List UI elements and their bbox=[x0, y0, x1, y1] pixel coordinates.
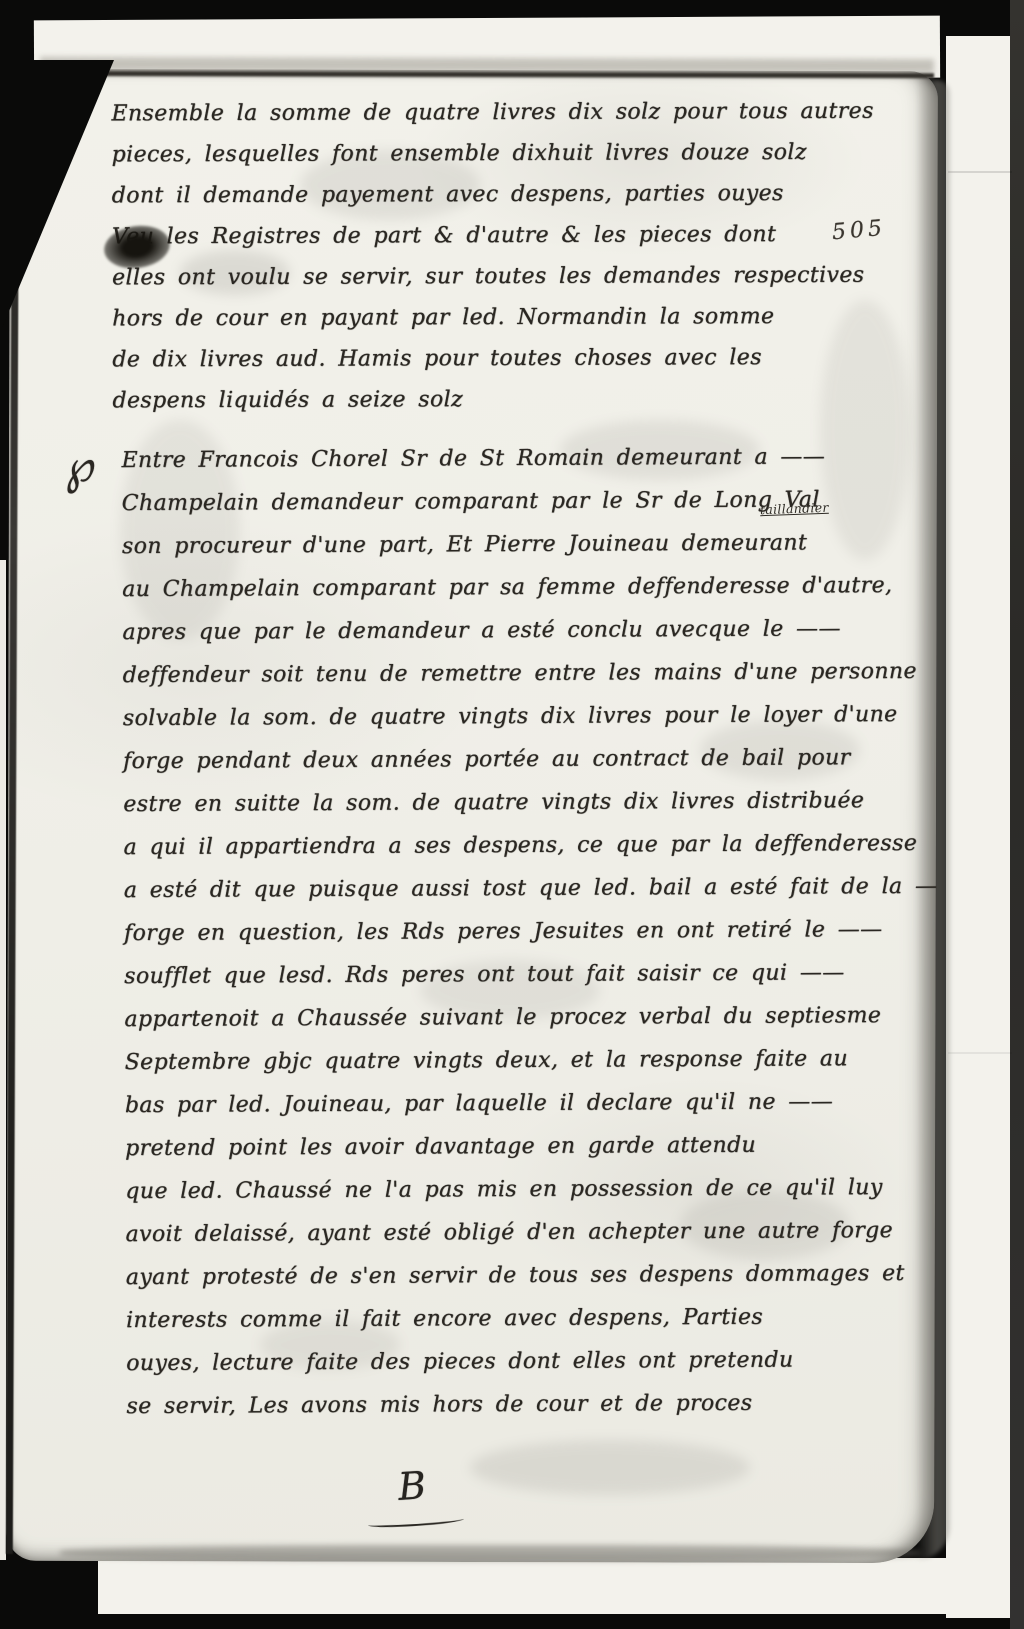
page-bottom-edge bbox=[60, 1545, 920, 1561]
manuscript-line: Entre Francois Chorel Sr de St Romain de… bbox=[121, 435, 921, 482]
manuscript-line: se servir, Les avons mis hors de cour et… bbox=[126, 1381, 926, 1428]
under-sheet-crease bbox=[948, 1052, 1012, 1054]
manuscript-line: estre en suitte la som. de quatre vingts… bbox=[123, 779, 923, 826]
scan-right-border bbox=[1010, 0, 1024, 1629]
manuscript-line: avoit delaissé, ayant esté obligé d'en a… bbox=[125, 1209, 925, 1256]
paragraph-second: Entre Francois Chorel Sr de St Romain de… bbox=[121, 435, 926, 1428]
under-sheet-right-edge bbox=[946, 36, 1012, 1618]
manuscript-line: forge pendant deux années portée au cont… bbox=[123, 736, 923, 783]
manuscript-scan: Ensemble la somme de quatre livres dix s… bbox=[0, 0, 1024, 1629]
under-sheet-left-sliver bbox=[0, 560, 6, 1560]
manuscript-line: a qui il appartiendra a ses despens, ce … bbox=[123, 822, 923, 869]
manuscript-line: interests comme il fait encore avec desp… bbox=[126, 1295, 926, 1342]
manuscript-line: que led. Chaussé ne l'a pas mis en posse… bbox=[125, 1166, 925, 1213]
under-sheet-bottom-edge bbox=[98, 1558, 1012, 1614]
manuscript-line: elles ont voulu se servir, sur toutes le… bbox=[112, 255, 912, 299]
manuscript-line: Septembre gbjc quatre vingts deux, et la… bbox=[125, 1037, 925, 1084]
folio-number: 505 bbox=[831, 216, 887, 246]
manuscript-line: apres que par le demandeur a esté conclu… bbox=[122, 607, 922, 654]
manuscript-line: Veu les Registres de part & d'autre & le… bbox=[112, 214, 912, 258]
manuscript-line: son procureur d'une part, Et Pierre Joui… bbox=[122, 521, 922, 568]
manuscript-line: ayant protesté de s'en servir de tous se… bbox=[126, 1252, 926, 1299]
manuscript-line: appartenoit a Chaussée suivant le procez… bbox=[124, 994, 924, 1041]
manuscript-line: Ensemble la somme de quatre livres dix s… bbox=[111, 91, 911, 135]
manuscript-line: soufflet que lesd. Rds peres ont tout fa… bbox=[124, 951, 924, 998]
manuscript-line: dont il demande payement avec despens, p… bbox=[112, 173, 912, 217]
manuscript-line: au Champelain comparant par sa femme def… bbox=[122, 564, 922, 611]
manuscript-line: forge en question, les Rds peres Jesuite… bbox=[124, 908, 924, 955]
manuscript-line: bas par led. Jouineau, par laquelle il d… bbox=[125, 1080, 925, 1127]
manuscript-line: ouyes, lecture faite des pieces dont ell… bbox=[126, 1338, 926, 1385]
paragraph-first: Ensemble la somme de quatre livres dix s… bbox=[111, 91, 912, 422]
manuscript-line: despens liquidés a seize solz bbox=[112, 378, 912, 422]
interline-note: taillandier bbox=[760, 500, 829, 517]
manuscript-line: hors de cour en payant par led. Normandi… bbox=[112, 296, 912, 340]
manuscript-line: solvable la som. de quatre vingts dix li… bbox=[123, 693, 923, 740]
bleed-stain bbox=[470, 1440, 750, 1495]
manuscript-line: deffendeur soit tenu de remettre entre l… bbox=[123, 650, 923, 697]
manuscript-line: a esté dit que puisque aussi tost que le… bbox=[124, 865, 924, 912]
manuscript-line: de dix livres aud. Hamis pour toutes cho… bbox=[112, 337, 912, 381]
under-sheet-crease bbox=[948, 171, 1012, 173]
quire-signature-mark: B bbox=[396, 1463, 427, 1509]
manuscript-line: pieces, lesquelles font ensemble dixhuit… bbox=[112, 132, 912, 176]
manuscript-line: pretend point les avoir davantage en gar… bbox=[125, 1123, 925, 1170]
